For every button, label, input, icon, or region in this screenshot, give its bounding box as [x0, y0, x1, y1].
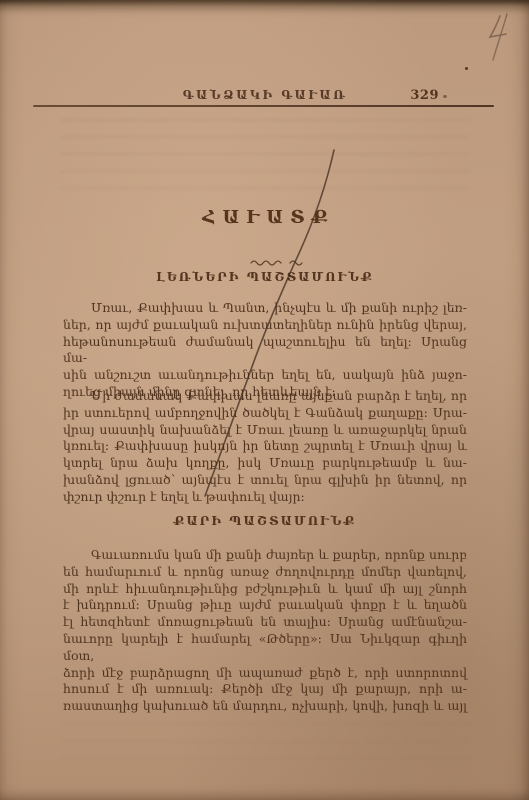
ink-dot — [465, 67, 468, 70]
text-line: սին անշուշտ աւանդութիւններ եղել են, սակա… — [63, 367, 467, 384]
header-rule — [33, 105, 494, 107]
text-line: Մի ժամանակ Քափխաս լեառը այնքան բարձր է ե… — [63, 388, 467, 405]
text-line: կռուել։ Քափխասը իսկոյն իր նետը շպրտել է … — [63, 438, 467, 455]
bleed-through-texture — [60, 118, 470, 198]
photographed-book-page: 4 ԳԱՆՁԱԿԻ ԳԱՒԱՌ 329 ՀԱՒԱՏՔ ԼԵՌՆԵՐԻ ՊԱՇՏԱ… — [0, 0, 529, 800]
text-line: էլ հետզհետէ մոռացութեան են տալիս։ Սրանց … — [63, 614, 467, 631]
text-line: փշուր փշուր է եղել և թափուել վայր։ — [63, 489, 467, 506]
running-title: ԳԱՆՁԱԿԻ ԳԱՒԱՌ — [63, 88, 467, 102]
text-line: վրայ սաստիկ նախանձել է Մռաւ լեառը և առաջ… — [63, 422, 467, 439]
handwritten-page-mark: 4 — [480, 8, 526, 68]
text-line: ռաստաղից կախուած են մարդու, ոչխարի, կովի… — [63, 698, 467, 715]
text-line: է խնդրում։ Սրանց թիւը այժմ բաւական փոքր … — [63, 597, 467, 614]
text-line: ներ, որ այժմ քաւական ուխտատեղիներ ունին … — [63, 317, 467, 334]
text-line: են համարւում և որոնց առաջ ժողովուրդը մոմ… — [63, 564, 467, 581]
text-line: նաւորը կարելի է համարել «Թծերը»։ Սա Նիւկ… — [63, 631, 467, 665]
paragraph: Գաւառումս կան մի քանի ժայռեր և քարեր, որ… — [63, 547, 467, 715]
paragraph: Մռաւ, Քափխաս և Պանտ, ինչպէս և մի քանի ու… — [63, 300, 467, 401]
ink-smudge — [443, 95, 447, 98]
title-ornament-squiggle — [250, 258, 308, 266]
text-line: հեթանոսութեան ժամանակ պաշտուելիս են եղել… — [63, 334, 467, 368]
section-heading-stone-worship: ՔԱՐԻ ՊԱՇՏԱՄՈՒՆՔ — [63, 514, 467, 528]
text-line: մի որևէ հիւանդութիւնից բժշկութիւն և կամ … — [63, 581, 467, 598]
text-line: խանձով լցուած՝ այնպէս է տուել նրա գլխին … — [63, 472, 467, 489]
text-line: Մռաւ, Քափխաս և Պանտ, ինչպէս և մի քանի ու… — [63, 300, 467, 317]
text-line: կտրել նրա ձախ կողքը, իսկ Մռաւը բարկութեա… — [63, 455, 467, 472]
text-line: Գաւառումս կան մի քանի ժայռեր և քարեր, որ… — [63, 547, 467, 564]
page-header: ԳԱՆՁԱԿԻ ԳԱՒԱՌ 329 — [63, 88, 467, 104]
text-line: հոսում է մի առուակ։ Քերծի մէջ կայ մի քար… — [63, 681, 467, 698]
text-line: ձորի մէջ բարձրացող մի ապառաժ քերծ է, որի… — [63, 665, 467, 682]
text-line: իր ստուերով ամբողջովին ծածկել է Գանձակ ք… — [63, 405, 467, 422]
page-number: 329 — [410, 88, 439, 103]
section-heading-mountain-worship: ԼԵՌՆԵՐԻ ՊԱՇՏԱՄՈՒՆՔ — [63, 270, 467, 284]
paragraph: Մի ժամանակ Քափխաս լեառը այնքան բարձր է ե… — [63, 388, 467, 506]
chapter-title: ՀԱՒԱՏՔ — [63, 207, 467, 228]
